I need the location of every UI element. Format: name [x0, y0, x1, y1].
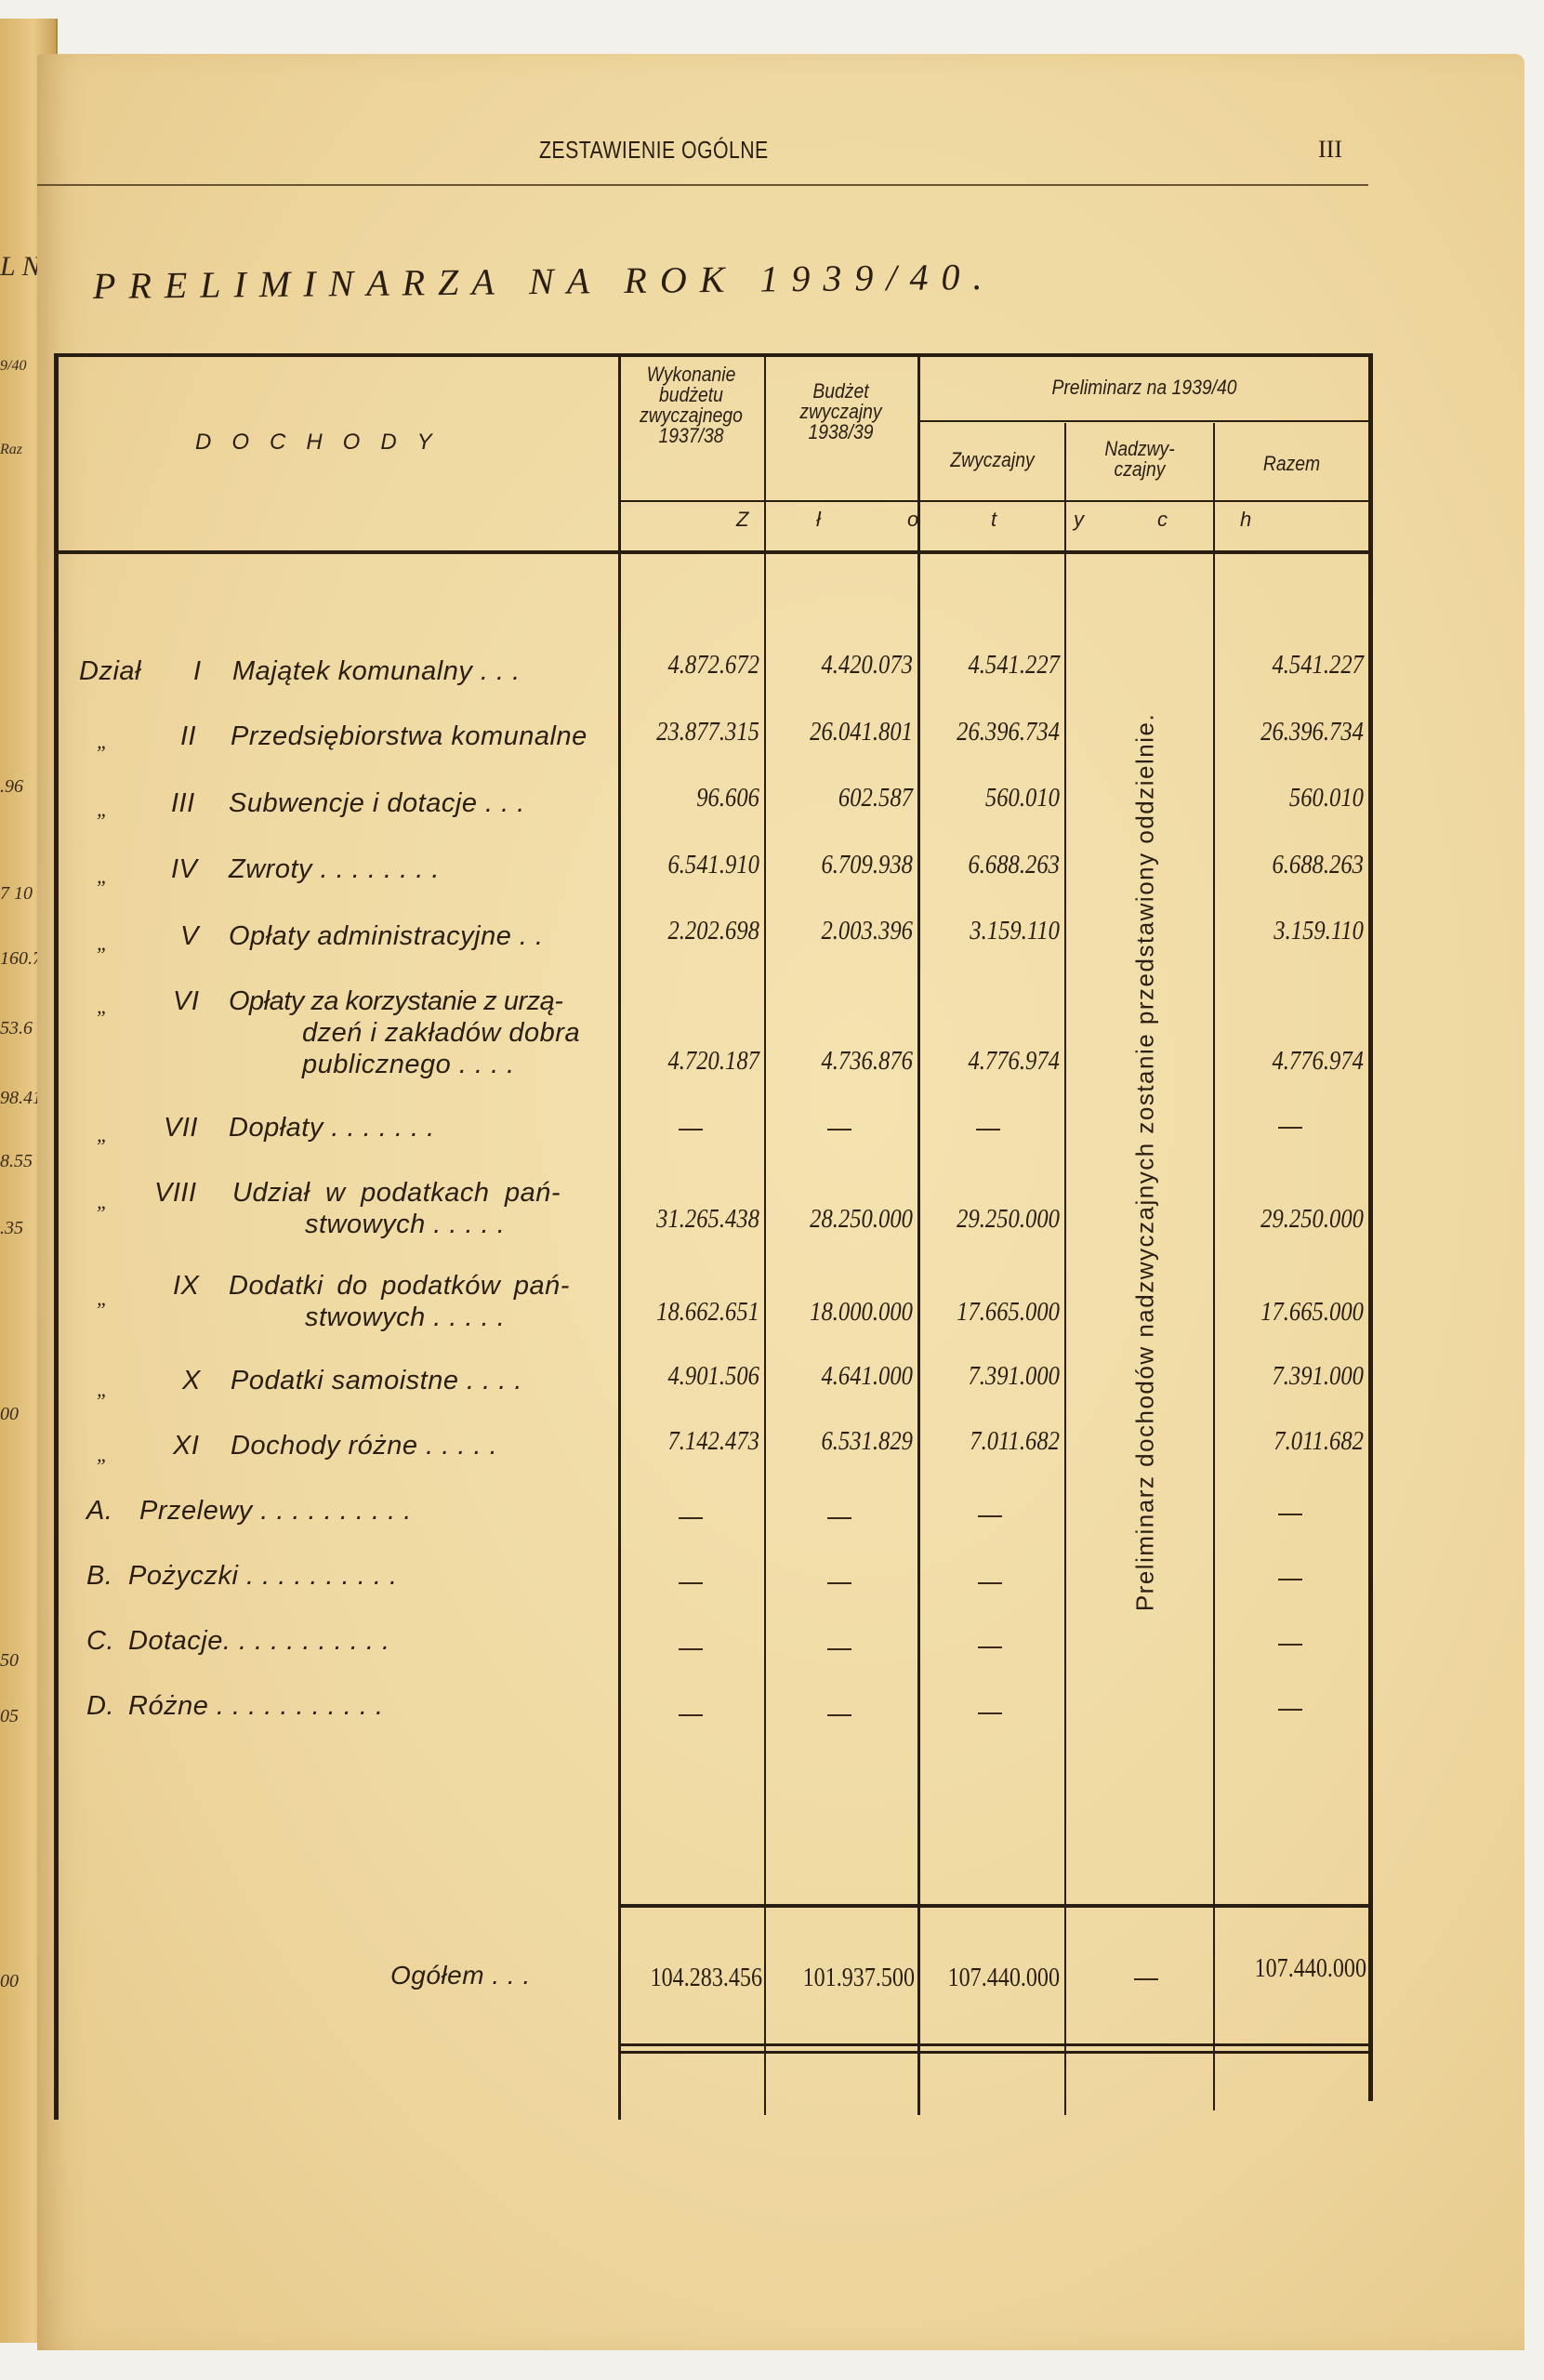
header-line: Nadzwy- [1075, 439, 1204, 459]
total-nadzwyczajny-dash [1134, 1978, 1158, 1980]
cell-wykonanie: 23.877.315 [635, 718, 759, 747]
unit-letter: t [991, 508, 996, 532]
empty-value-dash [1278, 1644, 1302, 1646]
cell-zwyczajny: 26.396.734 [937, 718, 1060, 747]
empty-value-dash [976, 1129, 1000, 1130]
empty-value-dash [827, 1129, 851, 1130]
cell-wykonanie: 31.265.438 [635, 1205, 759, 1235]
row-label: Dotacje. . . . . . . . . . . [128, 1625, 390, 1657]
empty-value-dash [679, 1648, 703, 1650]
unit-letter: o [907, 508, 918, 532]
cell-wykonanie: 4.901.506 [635, 1362, 759, 1392]
header-line: czajny [1075, 459, 1204, 480]
column-divider [764, 353, 766, 2115]
cell-razem: 7.011.682 [1231, 1427, 1364, 1457]
column-divider [1213, 423, 1215, 2110]
empty-value-dash [978, 1515, 1002, 1517]
row-prefix: Dział [79, 655, 141, 687]
ditto-mark: „ [97, 865, 108, 889]
empty-value-dash [1278, 1127, 1302, 1129]
unit-letter: Z [736, 508, 748, 532]
row-label: Dodatki do podatków pań- [229, 1270, 570, 1302]
row-label: Subwencje i dotacje . . . [229, 787, 525, 819]
row-number: C. [86, 1625, 114, 1657]
row-label: Pożyczki . . . . . . . . . . [128, 1560, 398, 1592]
column-divider [917, 353, 920, 2115]
empty-value-dash [1278, 1514, 1302, 1515]
group-header-rule [918, 420, 1368, 422]
column-divider [618, 353, 621, 2120]
ditto-mark: „ [97, 1123, 108, 1147]
ditto-mark: „ [97, 798, 108, 822]
empty-value-dash [1278, 1709, 1302, 1711]
cell-budzet: 2.003.396 [782, 917, 913, 946]
cell-zwyczajny: 3.159.110 [937, 917, 1060, 946]
table-top-border [54, 353, 1372, 357]
empty-value-dash [679, 1582, 703, 1584]
cell-razem: 3.159.110 [1231, 917, 1364, 946]
cell-wykonanie: 4.720.187 [635, 1047, 759, 1077]
empty-value-dash [827, 1648, 851, 1650]
header-zwyczajny: Zwyczajny [929, 450, 1055, 470]
cell-zwyczajny: 17.665.000 [937, 1298, 1060, 1328]
stub-header: DOCHODY [195, 430, 453, 456]
cell-zwyczajny: 4.776.974 [937, 1047, 1060, 1077]
cell-budzet: 4.736.876 [782, 1047, 913, 1077]
empty-value-dash [827, 1714, 851, 1716]
cell-razem: 7.391.000 [1231, 1362, 1364, 1392]
row-number: B. [86, 1560, 112, 1592]
total-top-rule [618, 1904, 1368, 1908]
row-label-continued: stwowych . . . . . [305, 1302, 505, 1333]
row-label: Przedsiębiorstwa komunalne [231, 721, 587, 752]
header-preliminarz-group: Preliminarz na 1939/40 [947, 377, 1341, 398]
cell-budzet: 6.709.938 [782, 851, 913, 880]
empty-value-dash [679, 1714, 703, 1716]
total-budzet: 101.937.500 [785, 1963, 915, 1993]
cell-razem: 4.541.227 [1231, 651, 1364, 681]
empty-value-dash [679, 1129, 703, 1130]
header-line: 1937/38 [627, 426, 755, 446]
page-number: III [1318, 136, 1342, 164]
ditto-mark: „ [97, 1378, 108, 1402]
header-rule [618, 500, 1368, 502]
cell-wykonanie: 96.606 [635, 784, 759, 813]
cell-razem: 29.250.000 [1231, 1205, 1364, 1235]
row-label-continued: dzeń i zakładów dobra [302, 1017, 580, 1049]
row-label: Dopłaty . . . . . . . [229, 1112, 435, 1144]
row-label-continued: publicznego . . . . [302, 1049, 515, 1080]
unit-letter: ł [816, 508, 821, 532]
cell-zwyczajny: 6.688.263 [937, 851, 1060, 880]
row-label: Przelewy . . . . . . . . . . [139, 1495, 412, 1527]
cell-razem: 26.396.734 [1231, 718, 1364, 747]
unit-letter: h [1240, 508, 1251, 532]
row-label: Opłaty administracyjne . . [229, 920, 544, 952]
table-left-border [54, 353, 59, 2120]
header-line: budżetu [627, 385, 755, 405]
row-number: IX [173, 1270, 199, 1302]
row-number: III [171, 787, 195, 819]
header-line: 1938/39 [773, 422, 908, 443]
cell-zwyczajny: 4.541.227 [937, 651, 1060, 681]
header-wykonanie: Wykonanie budżetu zwyczajnego 1937/38 [627, 364, 755, 446]
cell-wykonanie: 2.202.698 [635, 917, 759, 946]
cell-razem: 560.010 [1231, 784, 1364, 813]
header-razem: Razem [1224, 454, 1359, 474]
header-bottom-border [54, 550, 1372, 554]
total-zwyczajny: 107.440.000 [940, 1963, 1060, 1993]
cell-wykonanie: 4.872.672 [635, 651, 759, 681]
row-label: Podatki samoistne . . . . [231, 1365, 522, 1396]
row-number: D. [86, 1690, 114, 1722]
cell-budzet: 18.000.000 [782, 1298, 913, 1328]
ditto-mark: „ [97, 1287, 108, 1311]
cell-wykonanie: 18.662.651 [635, 1298, 759, 1328]
row-label: Zwroty . . . . . . . . [229, 853, 440, 885]
cell-zwyczajny: 7.391.000 [937, 1362, 1060, 1392]
ditto-mark: „ [97, 932, 108, 956]
ditto-mark: „ [97, 730, 108, 754]
row-number: X [182, 1365, 201, 1396]
cell-zwyczajny: 29.250.000 [937, 1205, 1060, 1235]
row-number: I [193, 655, 202, 687]
row-label: Majątek komunalny . . . [232, 655, 521, 687]
total-razem: 107.440.000 [1234, 1954, 1366, 1984]
cell-budzet: 26.041.801 [782, 718, 913, 747]
empty-value-dash [827, 1517, 851, 1519]
row-label-continued: stwowych . . . . . [305, 1209, 505, 1240]
empty-value-dash [978, 1646, 1002, 1648]
row-number: VII [164, 1112, 198, 1144]
row-label: Udział w podatkach pań- [232, 1177, 561, 1209]
unit-letter: y [1074, 508, 1084, 532]
cell-budzet: 4.641.000 [782, 1362, 913, 1392]
empty-value-dash [1278, 1579, 1302, 1580]
header-line: zwyczajny [773, 402, 908, 422]
vertical-note-nadzwyczajny: Preliminarz dochodów nadzwyczajnych zost… [1131, 651, 1160, 1673]
cell-zwyczajny: 7.011.682 [937, 1427, 1060, 1457]
ditto-mark: „ [97, 995, 108, 1019]
row-number: IV [171, 853, 197, 885]
row-label: Opłaty za korzystanie z urzą- [229, 985, 562, 1017]
row-number: V [180, 920, 199, 952]
unit-letter: c [1157, 508, 1168, 532]
total-wykonanie: 104.283.456 [639, 1963, 762, 1993]
cell-razem: 17.665.000 [1231, 1298, 1364, 1328]
total-double-rule-1 [618, 2043, 1368, 2046]
row-number: VI [173, 985, 199, 1017]
row-number: II [180, 721, 196, 752]
cell-zwyczajny: 560.010 [937, 784, 1060, 813]
header-rule [37, 184, 1368, 186]
row-number: A. [86, 1495, 112, 1527]
column-divider [1064, 423, 1066, 2115]
row-number: VIII [154, 1177, 197, 1209]
cell-budzet: 6.531.829 [782, 1427, 913, 1457]
header-line: zwyczajnego [627, 405, 755, 426]
empty-value-dash [978, 1582, 1002, 1584]
cell-razem: 6.688.263 [1231, 851, 1364, 880]
cell-budzet: 4.420.073 [782, 651, 913, 681]
cell-budzet: 602.587 [782, 784, 913, 813]
empty-value-dash [978, 1712, 1002, 1714]
running-head: ZESTAWIENIE OGÓLNE [539, 136, 769, 165]
header-nadzwyczajny: Nadzwy- czajny [1075, 439, 1204, 480]
cell-wykonanie: 6.541.910 [635, 851, 759, 880]
row-label: Dochody różne . . . . . [231, 1430, 497, 1461]
empty-value-dash [827, 1582, 851, 1584]
table-right-border [1368, 353, 1373, 2101]
header-line: Wykonanie [627, 364, 755, 385]
row-label: Różne . . . . . . . . . . . [128, 1690, 384, 1722]
empty-value-dash [679, 1517, 703, 1519]
row-number: XI [173, 1430, 199, 1461]
total-double-rule-2 [618, 2051, 1368, 2054]
total-label: Ogółem . . . [390, 1960, 531, 1991]
ditto-mark: „ [97, 1443, 108, 1467]
cell-razem: 4.776.974 [1231, 1047, 1364, 1077]
header-line: Budżet [773, 381, 908, 402]
header-budzet: Budżet zwyczajny 1938/39 [773, 381, 908, 443]
ditto-mark: „ [97, 1190, 108, 1214]
cell-budzet: 28.250.000 [782, 1205, 913, 1235]
cell-wykonanie: 7.142.473 [635, 1427, 759, 1457]
